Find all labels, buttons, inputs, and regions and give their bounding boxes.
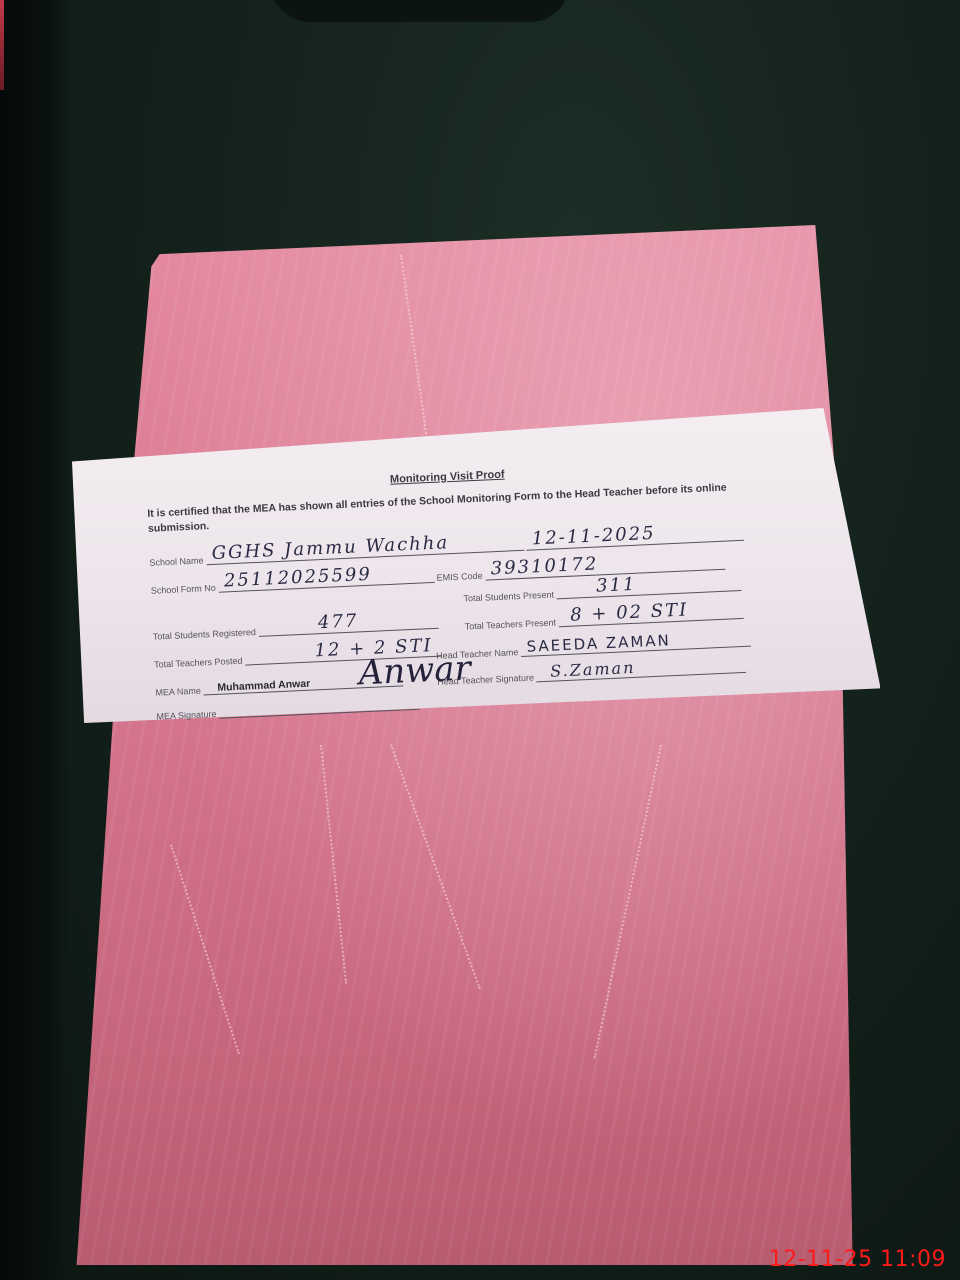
emis-code-label: EMIS Code (436, 571, 482, 583)
school-name-value: GGHS Jammu Wachha (211, 532, 449, 564)
emis-code-value: 39310172 (490, 553, 598, 579)
pink-register-cover (60, 225, 890, 1265)
students-present-line: 311 (556, 576, 741, 599)
students-present-row: Total Students Present 311 (463, 576, 741, 604)
school-form-no-label: School Form No (151, 583, 216, 596)
timestamp-date: 12-11-25 (769, 1247, 873, 1272)
mea-signature-row: MEA Signature (156, 695, 419, 722)
school-form-no-line: 25112025599 (218, 568, 434, 593)
mea-name-value: Muhammad Anwar (217, 678, 310, 694)
students-registered-value: 477 (318, 610, 359, 633)
school-form-no-value: 25112025599 (224, 564, 373, 592)
teachers-posted-label: Total Teachers Posted (154, 656, 243, 670)
date-line: 12-11-2025 (526, 526, 744, 551)
mea-name-label: MEA Name (155, 686, 201, 698)
monitoring-visit-proof-form: Monitoring Visit Proof It is certified t… (65, 390, 886, 741)
teachers-present-label: Total Teachers Present (465, 617, 557, 631)
students-present-value: 311 (596, 574, 637, 597)
plastic-sheen (60, 225, 890, 1265)
students-present-label: Total Students Present (463, 589, 554, 603)
mea-signature-label: MEA Signature (156, 709, 216, 722)
camera-timestamp: 12-11-25 11:09 (769, 1247, 946, 1272)
mea-signature: Anwar (358, 648, 472, 693)
head-teacher-signature-row: Head Teacher Signature S.Zaman (437, 658, 747, 687)
teachers-present-row: Total Teachers Present 8 + 02 STI (464, 604, 743, 632)
visit-date-value: 12-11-2025 (531, 523, 656, 550)
students-registered-label: Total Students Registered (153, 627, 256, 642)
school-name-line: GGHS Jammu Wachha (206, 536, 524, 565)
teachers-present-value: 8 + 02 STI (570, 599, 689, 625)
head-teacher-signature: S.Zaman (550, 658, 636, 681)
head-teacher-signature-line: S.Zaman (536, 658, 746, 683)
head-teacher-name-line: SAEEDA ZAMAN (520, 632, 750, 657)
dark-object-top (270, 0, 570, 22)
form-title: Monitoring Visit Proof (390, 469, 505, 486)
head-teacher-name-row: Head Teacher Name SAEEDA ZAMAN (436, 632, 751, 661)
students-registered-line: 477 (258, 614, 438, 637)
mea-signature-line (219, 695, 419, 719)
school-name-label: School Name (149, 555, 203, 567)
timestamp-time: 11:09 (880, 1247, 946, 1272)
dark-edge-strip (0, 0, 70, 1280)
teachers-present-line: 8 + 02 STI (558, 604, 743, 627)
head-teacher-name-value: SAEEDA ZAMAN (526, 631, 671, 656)
